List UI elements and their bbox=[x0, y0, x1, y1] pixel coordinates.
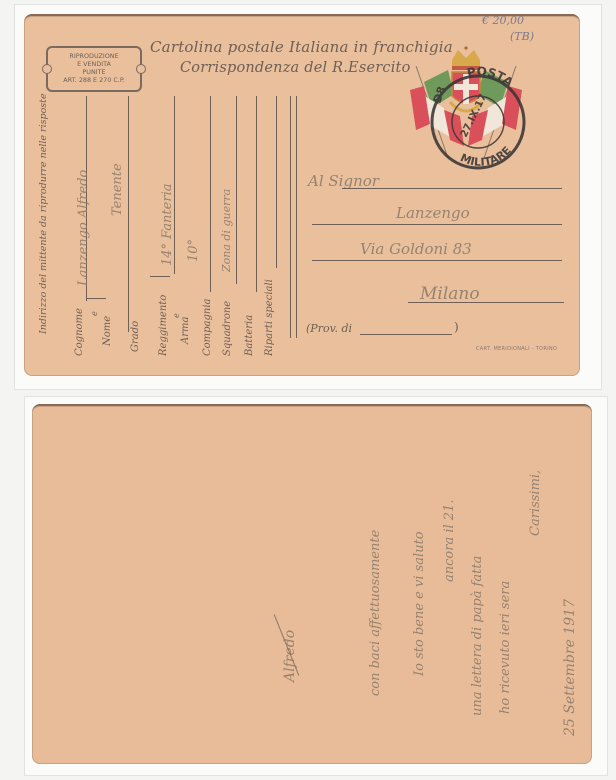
label-nome: Nome bbox=[102, 316, 113, 346]
rule-line bbox=[256, 96, 257, 292]
label-compagnia: Compagnia bbox=[202, 298, 213, 356]
letter-line-5: Io sto bene e vi saluto bbox=[412, 531, 427, 676]
letter-line-3: una lettera di papà fatta bbox=[470, 556, 485, 716]
grade-note: (TB) bbox=[510, 30, 534, 43]
rule-line bbox=[276, 96, 277, 268]
postcard-back: 25 Settembre 1917 Carissimi, ho ricevuto… bbox=[32, 404, 592, 764]
label-reggimento: Reggimento bbox=[158, 295, 169, 356]
warning-line: PUNITE bbox=[48, 68, 140, 76]
address-city: Milano bbox=[420, 284, 480, 304]
province-close: ) bbox=[454, 320, 459, 334]
warning-line: RIPRODUZIONE bbox=[48, 52, 140, 60]
letter-line-6: con baci affettuosamente bbox=[368, 530, 383, 696]
value-cognome-nome: Lanzengo Alfredo bbox=[76, 170, 91, 286]
address-rule bbox=[312, 260, 562, 261]
address-rule bbox=[342, 188, 562, 189]
label-squadrone: Squadrone bbox=[222, 301, 233, 356]
value-compagnia: 10° bbox=[186, 239, 201, 262]
province-rule bbox=[360, 334, 452, 335]
label-grado: Grado bbox=[130, 321, 141, 352]
value-squadrone: Zona di guerra bbox=[220, 189, 233, 272]
label-e: e bbox=[90, 311, 99, 316]
bracket bbox=[86, 298, 106, 299]
rule-line bbox=[236, 96, 237, 284]
address-line-2: Lanzengo bbox=[396, 204, 470, 222]
letter-line-1: Carissimi, bbox=[528, 470, 543, 536]
rule-line bbox=[128, 96, 129, 332]
address-rule bbox=[408, 302, 564, 303]
letter-line-2: ho ricevuto ieri sera bbox=[498, 581, 513, 714]
address-line-3: Via Goldoni 83 bbox=[360, 240, 472, 258]
value-grado: Tenente bbox=[110, 163, 125, 216]
reproduction-warning-box: RIPRODUZIONE E VENDITA PUNITE ART. 288 E… bbox=[46, 46, 142, 92]
card-subtitle: Corrispondenza del R.Esercito bbox=[180, 60, 411, 76]
sender-address-notice: Indirizzo del mittente da riprodurre nel… bbox=[38, 93, 49, 334]
postmark-bottom-text: MILITARE bbox=[458, 144, 513, 169]
rule-line bbox=[210, 96, 211, 292]
label-batteria: Batteria bbox=[244, 315, 255, 356]
svg-text:MILITARE: MILITARE bbox=[458, 144, 513, 169]
label-arma: Arma bbox=[180, 317, 191, 344]
label-cognome: Cognome bbox=[74, 308, 85, 356]
letter-date: 25 Settembre 1917 bbox=[562, 599, 578, 736]
printer-credit: CART. MERIDIONALI - TORINO bbox=[476, 346, 557, 352]
flags-emblem-icon bbox=[410, 46, 522, 158]
royal-emblem-with-postmark: POSTA MILITARE D8 27.IX.17 bbox=[404, 46, 530, 172]
address-rule bbox=[312, 224, 562, 225]
warning-line: ART. 288 E 270 C.P. bbox=[48, 76, 140, 84]
province-label: (Prov. di bbox=[306, 322, 352, 335]
letter-line-4: ancora il 21. bbox=[442, 500, 457, 582]
bracket bbox=[150, 276, 170, 277]
warning-line: E VENDITA bbox=[48, 60, 140, 68]
price-note: € 20,00 bbox=[482, 14, 524, 27]
rule-line bbox=[296, 96, 297, 338]
value-reggimento: 14° Fanteria bbox=[160, 184, 175, 266]
rule-line bbox=[290, 96, 291, 338]
label-riparti-speciali: Riparti speciali bbox=[264, 279, 275, 356]
